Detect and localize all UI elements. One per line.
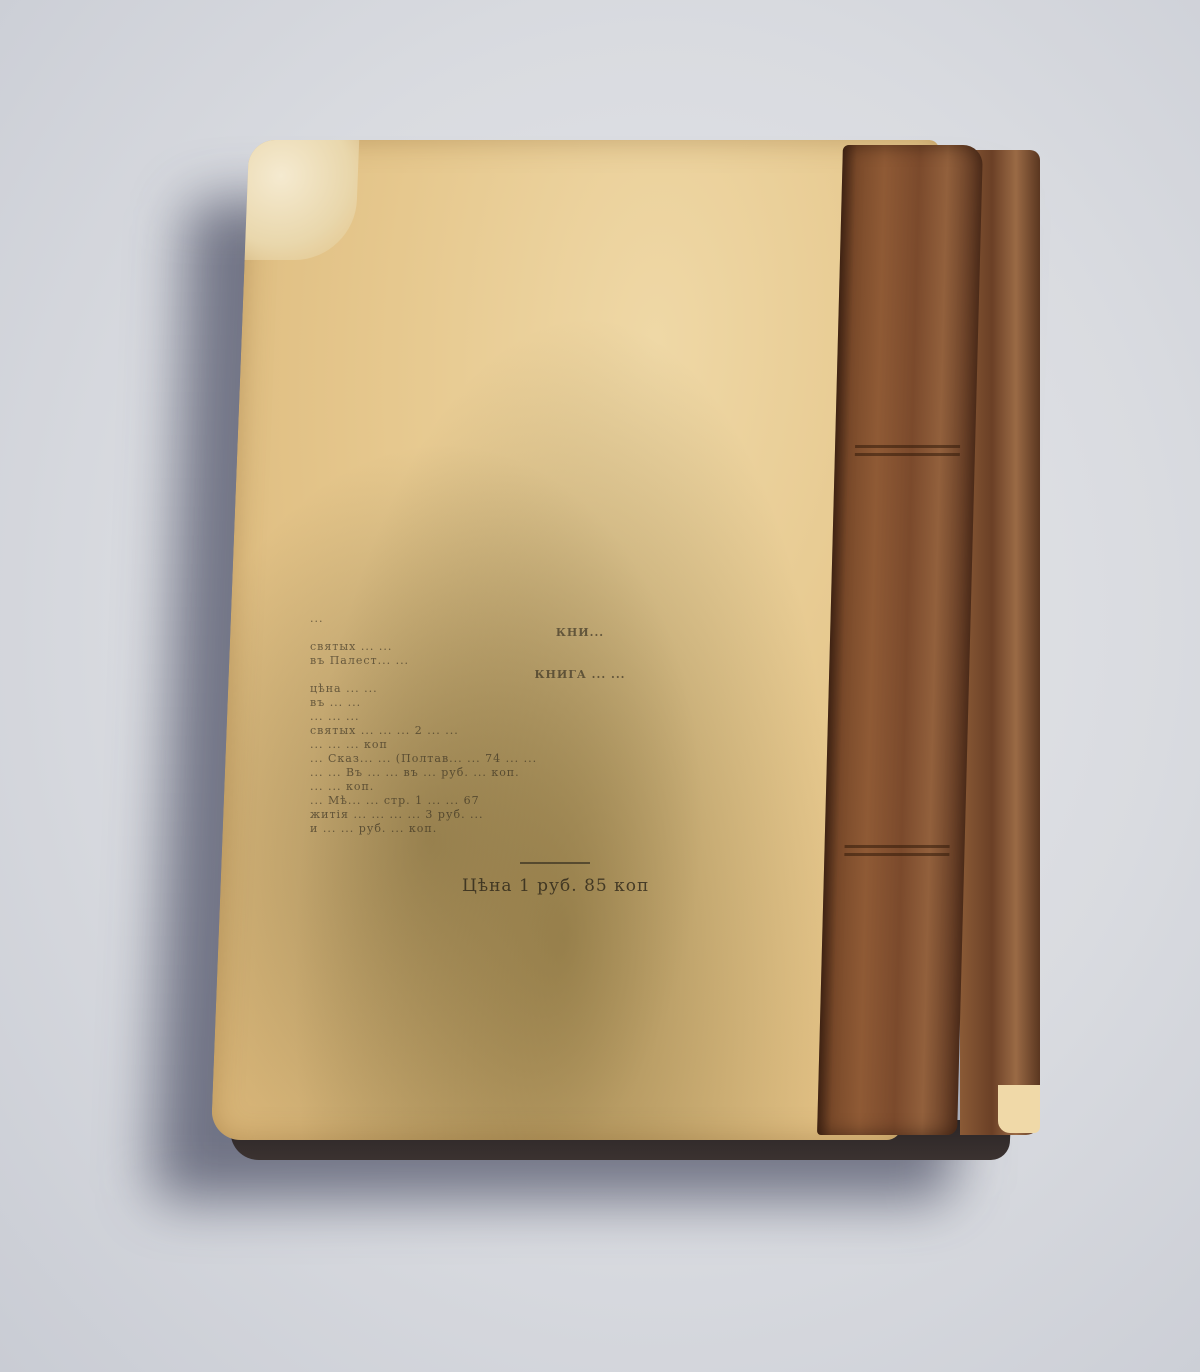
price-label: Цѣна 1 руб. 85 коп (462, 876, 649, 896)
spine-band (845, 845, 950, 848)
print-line: ... ... ... (310, 710, 850, 724)
exposed-page-corner (998, 1085, 1040, 1133)
faded-advertisement-text: ... КНИ... святых ... ... въ Палест... .… (310, 612, 850, 852)
decorative-rule (520, 862, 590, 864)
print-line: и ... ... руб. ... коп. (310, 822, 850, 836)
print-line: цѣна ... ... (310, 682, 850, 696)
print-line: въ Палест... ... (310, 654, 850, 668)
spine-band (844, 853, 949, 856)
print-line: КНИГА ... ... (310, 668, 850, 682)
print-line: святых ... ... (310, 640, 850, 654)
print-line: ... (310, 612, 850, 626)
print-line: КНИ... (310, 626, 850, 640)
spine-band (855, 445, 960, 448)
print-line: святых ... ... ... 2 ... ... (310, 724, 850, 738)
print-line: въ ... ... (310, 696, 850, 710)
print-line: ... ... коп. (310, 780, 850, 794)
spine-band (855, 453, 960, 456)
print-line: ... Сказ... ... (Полтав... ... 74 ... ..… (310, 752, 850, 766)
print-line: житія ... ... ... ... 3 руб. ... (310, 808, 850, 822)
print-line: ... ... Въ ... ... въ ... руб. ... коп. (310, 766, 850, 780)
print-line: ... ... ... коп (310, 738, 850, 752)
worn-corner (245, 140, 360, 260)
print-line: ... Мѣ... ... стр. 1 ... ... 67 (310, 794, 850, 808)
